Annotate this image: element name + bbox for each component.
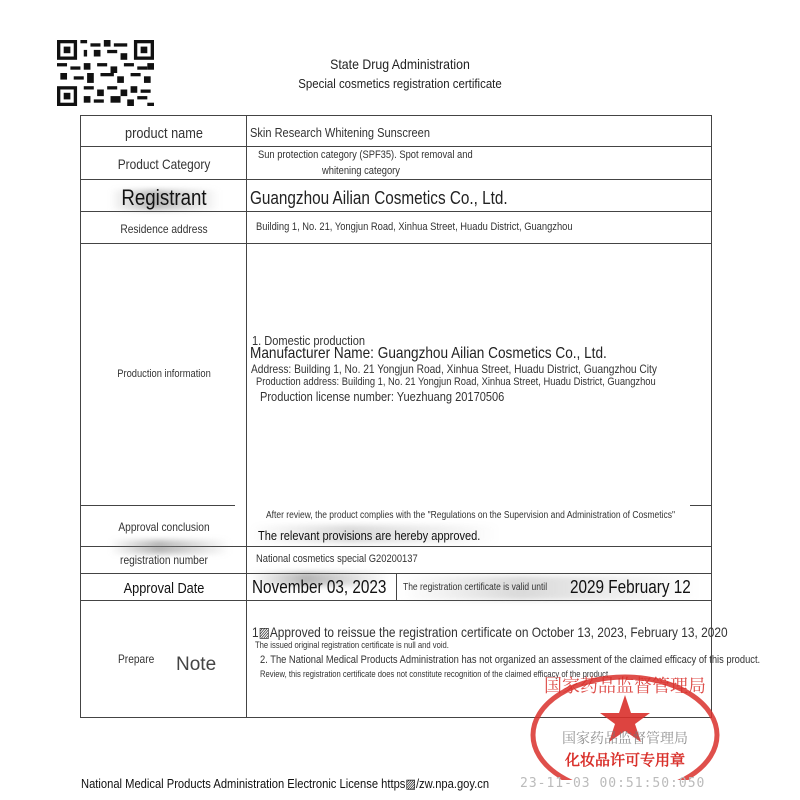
row-divider <box>80 211 712 212</box>
approval-conclusion-line1: After review, the product complies with … <box>266 510 675 521</box>
approval-conclusion-line2: The relevant provisions are hereby appro… <box>258 528 480 543</box>
row-divider <box>690 505 712 506</box>
product-category-value-line2: whitening category <box>322 165 400 177</box>
column-divider <box>396 573 397 600</box>
approval-conclusion-label: Approval conclusion <box>94 520 233 534</box>
valid-until-label: The registration certificate is valid un… <box>403 582 547 593</box>
production-license-number: Production license number: Yuezhuang 201… <box>260 389 504 404</box>
registration-number-value: National cosmetics special G20200137 <box>256 553 418 565</box>
product-category-value-line1: Sun protection category (SPF35). Spot re… <box>258 149 473 161</box>
approval-date-value: November 03, 2023 <box>252 577 386 598</box>
svg-text:化妆品许可专用章: 化妆品许可专用章 <box>564 751 685 769</box>
production-address: Production address: Building 1, No. 21 Y… <box>256 376 656 388</box>
row-divider <box>80 243 712 244</box>
residence-address-label: Residence address <box>94 222 233 236</box>
row-divider <box>80 505 235 506</box>
manufacturer-name: Manufacturer Name: Guangzhou Ailian Cosm… <box>250 345 607 363</box>
qr-code-icon <box>57 40 154 106</box>
note-line1: 1▨Approved to reissue the registration c… <box>252 624 728 641</box>
row-divider <box>80 179 712 180</box>
row-divider <box>80 600 712 601</box>
registrant-value: Guangzhou Ailian Cosmetics Co., Ltd. <box>250 188 508 209</box>
note-line2: The issued original registration certifi… <box>255 640 449 650</box>
svg-text:国家药品监督管理局: 国家药品监督管理局 <box>544 676 706 697</box>
product-name-value: Skin Research Whitening Sunscreen <box>250 125 430 140</box>
agency-name: State Drug Administration <box>277 56 523 72</box>
registrant-label: Registrant <box>94 185 233 211</box>
note-label-prefix: Prepare <box>118 652 154 666</box>
product-category-label: Product Category <box>94 156 233 172</box>
document-title: Special cosmetics registration certifica… <box>277 76 523 91</box>
svg-text:国家药品监督管理局: 国家药品监督管理局 <box>562 730 688 747</box>
approval-date-label: Approval Date <box>94 580 233 597</box>
production-information-label: Production information <box>94 368 233 380</box>
row-divider <box>80 146 712 147</box>
footer-electronic-license: National Medical Products Administration… <box>81 776 489 792</box>
manufacturer-address: Address: Building 1, No. 21 Yongjun Road… <box>251 362 657 376</box>
product-name-label: product name <box>94 125 233 142</box>
residence-address-value: Building 1, No. 21, Yongjun Road, Xinhua… <box>256 221 573 233</box>
column-divider <box>246 115 247 718</box>
valid-until-value: 2029 February 12 <box>570 577 691 598</box>
note-label: Note <box>176 654 216 676</box>
stamp-timestamp: 23-11-03 00:51:50:050 <box>520 776 705 791</box>
registration-number-label: registration number <box>94 553 233 567</box>
official-seal-icon: 国家药品监督管理局 国家药品监督管理局 化妆品许可专用章 <box>515 665 730 780</box>
